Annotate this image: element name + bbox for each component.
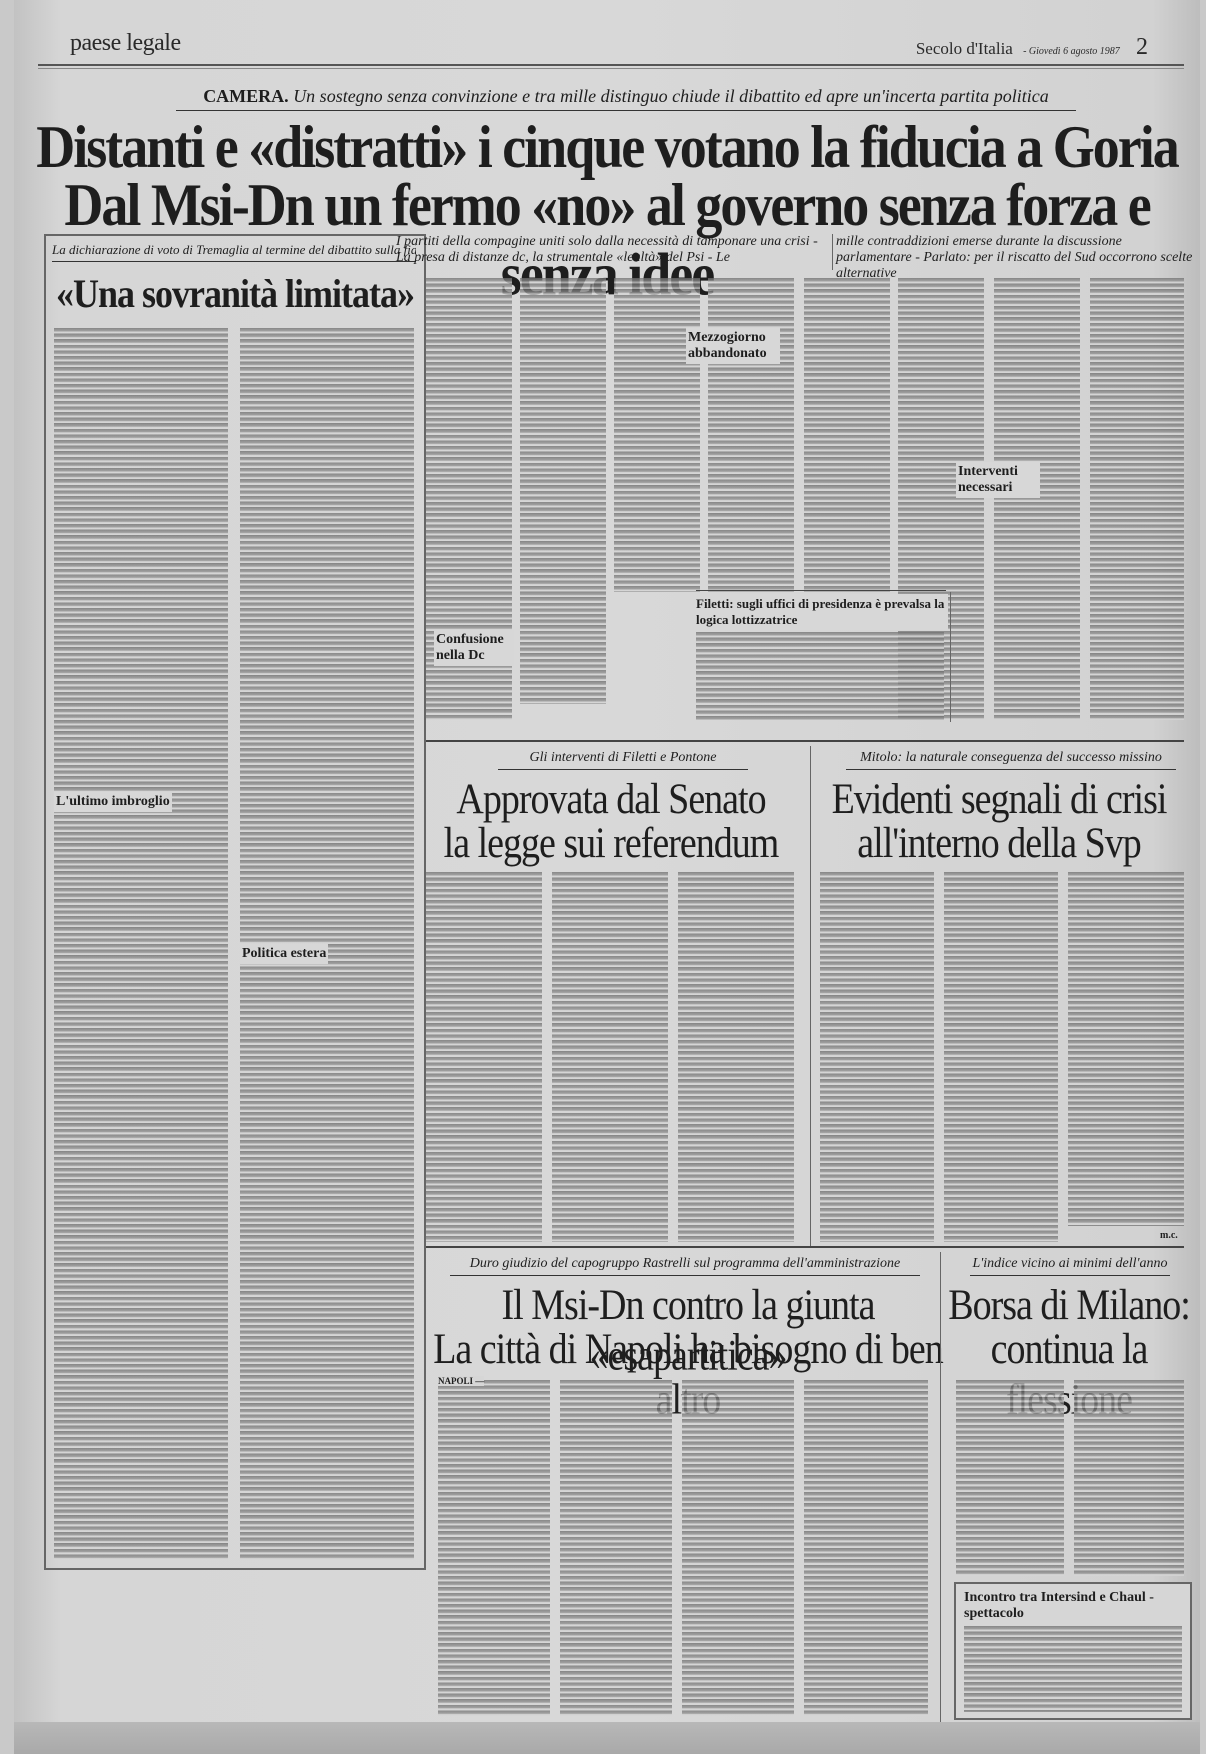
text-column	[54, 328, 228, 1560]
text-column	[1090, 278, 1184, 720]
text-column	[708, 278, 794, 592]
text-column	[426, 872, 542, 1242]
infobox-title: Incontro tra Intersind e Chaul - spettac…	[964, 1590, 1174, 1622]
header-rule	[38, 64, 1184, 69]
text-column	[994, 278, 1080, 720]
text-column	[944, 872, 1058, 1242]
left-story-kicker: La dichiarazione di voto di Tremaglia al…	[52, 242, 416, 262]
text-column	[614, 278, 700, 592]
text-column	[1074, 1380, 1184, 1576]
borsa-kicker: L'indice vicino ai minimi dell'anno	[970, 1256, 1170, 1276]
svp-signature: m.c.	[1160, 1230, 1178, 1241]
text-column	[682, 1380, 794, 1716]
left-story-title: «Una sovranità limitata»	[46, 270, 424, 317]
sidebar-headline: Filetti: sugli uffici di presidenza è pr…	[694, 594, 948, 630]
infobox: Incontro tra Intersind e Chaul - spettac…	[954, 1582, 1192, 1720]
deck-divider	[832, 234, 833, 270]
section-name: paese legale	[70, 30, 181, 57]
section-rule	[426, 1246, 1184, 1248]
text-column	[804, 278, 890, 592]
column-divider	[940, 1252, 941, 1722]
subhead-confusione: Confusione nella Dc	[434, 630, 514, 666]
lead-kicker-text: Un sostegno senza convinzione e tra mill…	[293, 86, 1049, 106]
section-rule	[426, 740, 1184, 742]
text-column	[1068, 872, 1184, 1226]
newspaper-page: paese legale Secolo d'Italia - Giovedì 6…	[14, 0, 1200, 1754]
subhead-ultimo-imbroglio: L'ultimo imbroglio	[54, 792, 172, 812]
subhead-mezzogiorno: Mezzogiorno abbandonato	[686, 328, 780, 364]
newspaper-name: Secolo d'Italia	[916, 39, 1013, 58]
subhead-politica-estera: Politica estera	[240, 944, 328, 964]
senate-headline-1: Approvata dal Senato	[426, 774, 796, 825]
naples-kicker: Duro giudizio del capogruppo Rastrelli s…	[450, 1256, 920, 1276]
subhead-interventi: Interventi necessari	[956, 462, 1040, 498]
svp-headline-1: Evidenti segnali di crisi	[814, 774, 1184, 825]
text-column	[964, 1626, 1182, 1712]
text-column	[438, 1380, 550, 1716]
borsa-headline-1: Borsa di Milano:	[944, 1280, 1194, 1331]
text-column	[552, 872, 668, 1242]
text-column	[560, 1380, 672, 1716]
text-column	[820, 872, 934, 1242]
senate-headline-2: la legge sui referendum	[426, 818, 796, 869]
lead-kicker-label: CAMERA.	[203, 86, 289, 106]
text-column	[696, 632, 944, 720]
lead-kicker: CAMERA. Un sostegno senza convinzione e …	[176, 86, 1076, 111]
text-column	[956, 1380, 1064, 1576]
lead-deck-left: I partiti della compagine uniti solo dal…	[396, 234, 826, 266]
svp-headline-2: all'interno della Svp	[814, 818, 1184, 869]
column-divider	[950, 592, 951, 722]
page-number: 2	[1136, 34, 1148, 60]
page-bottom-edge	[14, 1722, 1200, 1754]
column-divider	[810, 746, 811, 1246]
svp-kicker: Mitolo: la naturale conseguenza del succ…	[846, 750, 1176, 770]
text-column	[804, 1380, 928, 1716]
masthead-info: Secolo d'Italia - Giovedì 6 agosto 1987 …	[916, 34, 1148, 61]
naples-dateline: NAPOLI —	[438, 1376, 484, 1386]
senate-kicker: Gli interventi di Filetti e Pontone	[498, 750, 748, 770]
lead-deck-right: mille contraddizioni emerse durante la d…	[836, 234, 1196, 282]
sidebar-rule	[696, 590, 946, 591]
left-story-box: La dichiarazione di voto di Tremaglia al…	[44, 234, 426, 1570]
text-column	[678, 872, 794, 1242]
text-column	[520, 278, 606, 704]
issue-date: - Giovedì 6 agosto 1987	[1023, 46, 1120, 57]
